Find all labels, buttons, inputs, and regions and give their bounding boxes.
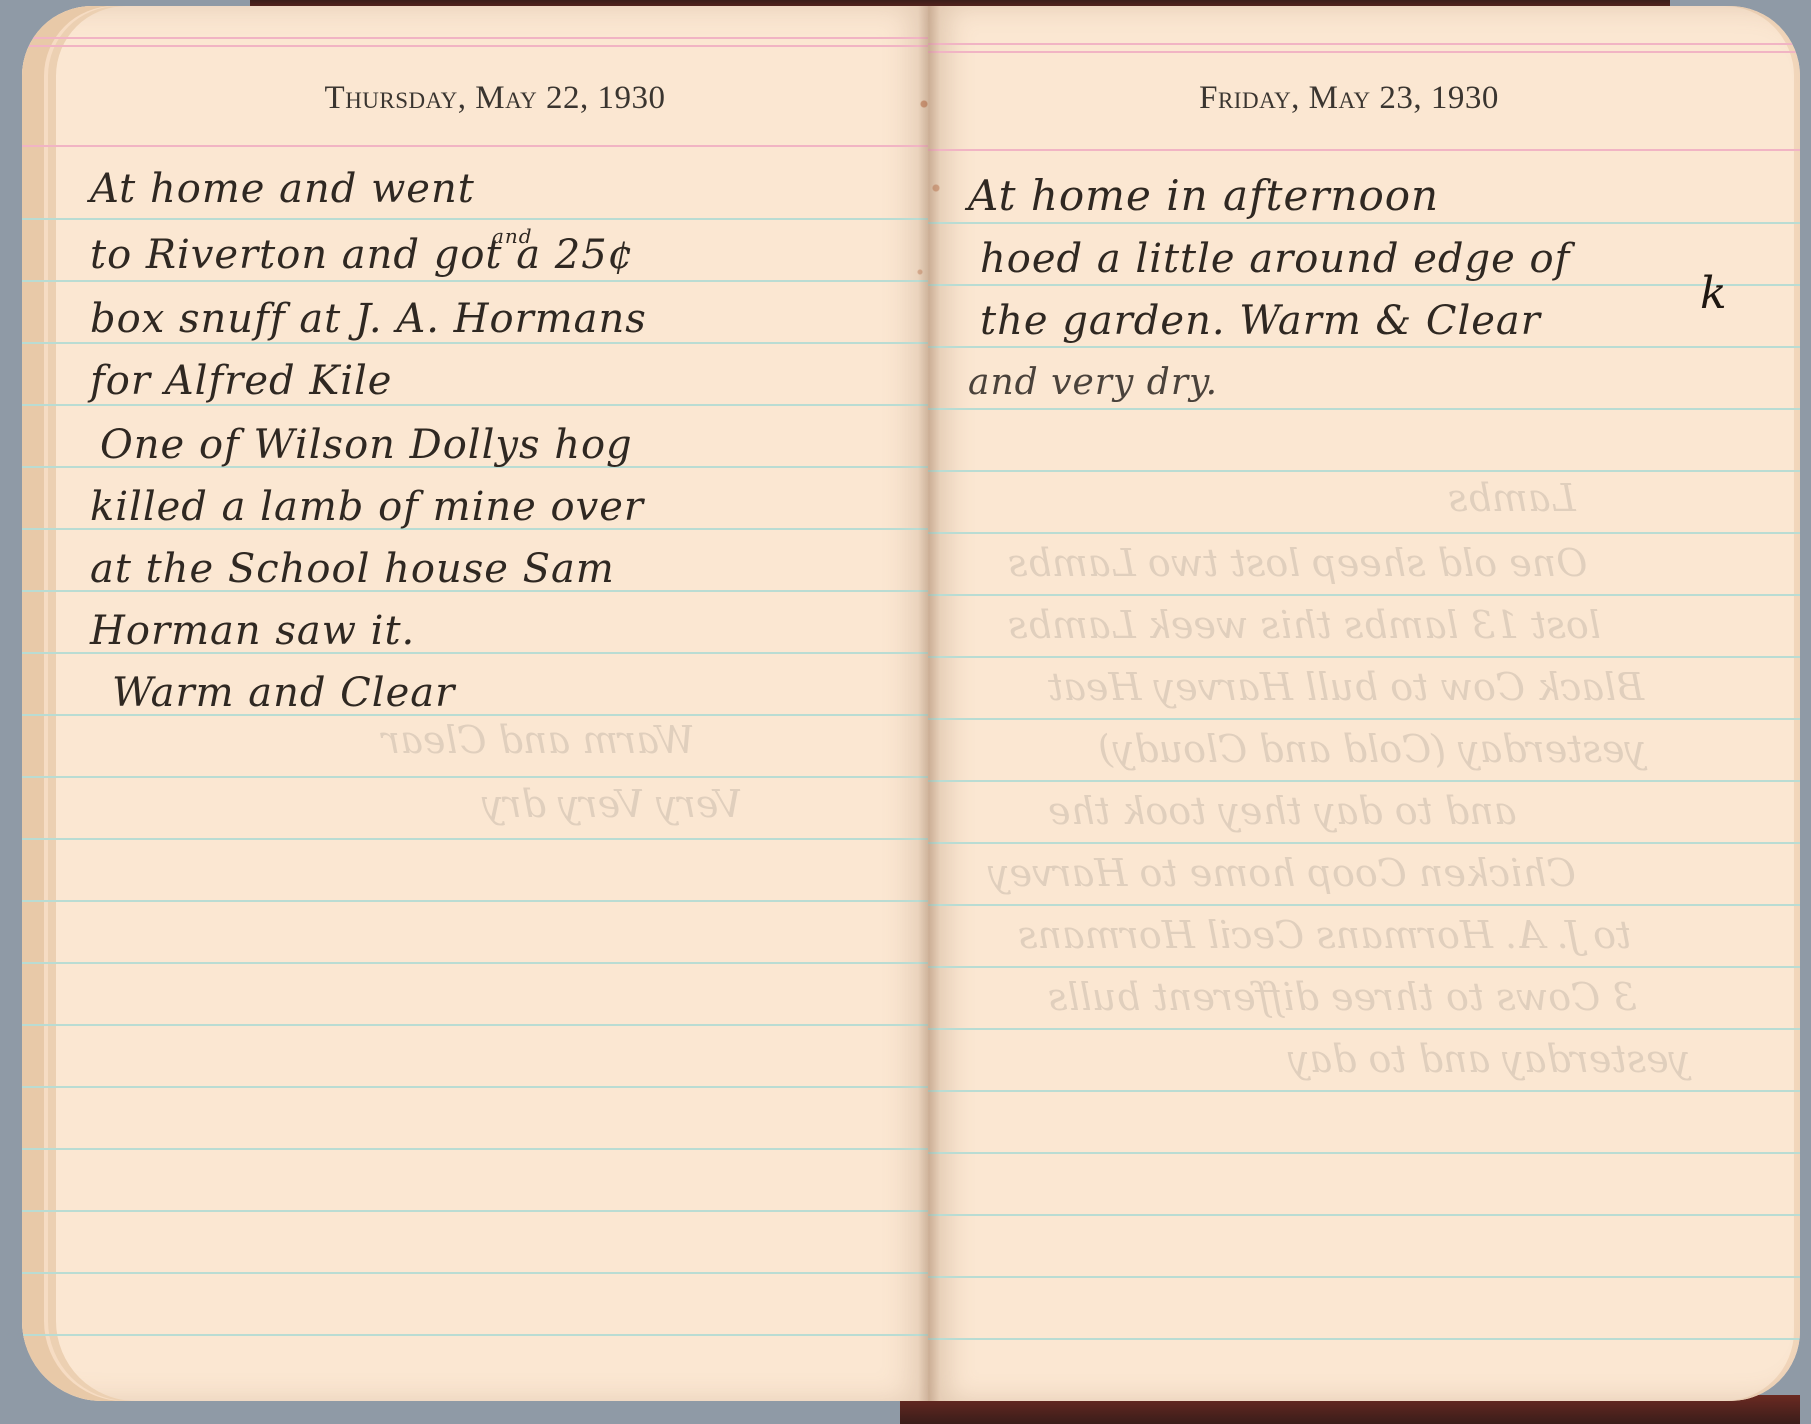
- foxing-stains: [912, 20, 952, 440]
- ruled-line: [22, 218, 928, 220]
- bleed-through-text: yesterday (Cold and Cloudy): [1098, 727, 1646, 771]
- handwritten-line: for Alfred Kile: [90, 358, 392, 404]
- ruled-line: [928, 656, 1800, 658]
- ruled-line: [928, 1028, 1800, 1030]
- ruled-line: [928, 284, 1800, 286]
- handwritten-line: and very dry.: [968, 362, 1218, 403]
- ruled-line: [22, 342, 928, 344]
- pink-rule-top-2: [22, 45, 928, 47]
- handwritten-line: Warm and Clear: [112, 670, 455, 716]
- bleed-through-text: and to day they took the: [1048, 789, 1516, 833]
- ruled-line: [928, 1152, 1800, 1154]
- diary-page-right: Friday, May 23, 1930 Lambs One old sheep…: [928, 6, 1800, 1401]
- ruled-line: [928, 1090, 1800, 1092]
- ruled-line: [22, 1148, 928, 1150]
- bleed-through-text: lost 13 lambs this week Lambs: [1008, 603, 1601, 647]
- handwritten-line: One of Wilson Dollys hog: [100, 422, 633, 468]
- pink-rule-top-1: [22, 37, 928, 39]
- handwritten-line: Horman saw it.: [90, 608, 415, 654]
- ruled-line: [928, 222, 1800, 224]
- ruled-line: [22, 962, 928, 964]
- ruled-line: [928, 718, 1800, 720]
- handwritten-line: At home in afternoon: [968, 171, 1439, 220]
- handwritten-line: killed a lamb of mine over: [90, 484, 644, 530]
- ruled-line: [928, 346, 1800, 348]
- pink-rule-header: [22, 145, 928, 147]
- handwritten-margin-mark: k: [1700, 268, 1728, 319]
- ruled-line: [22, 280, 928, 282]
- ruled-line: [928, 1214, 1800, 1216]
- bleed-through-text: Warm and Clear: [382, 718, 695, 762]
- handwritten-line: At home and went: [90, 166, 475, 212]
- ruled-line: [22, 404, 928, 406]
- ruled-line: [22, 1272, 928, 1274]
- ruled-line: [22, 1086, 928, 1088]
- ruled-line: [22, 1334, 928, 1336]
- pink-rule-top-2: [928, 51, 1800, 53]
- pink-rule-header: [928, 149, 1800, 151]
- ruled-line: [928, 532, 1800, 534]
- ruled-line: [928, 904, 1800, 906]
- bleed-through-text: Lambs: [1448, 476, 1576, 520]
- ruled-line: [928, 594, 1800, 596]
- ruled-line: [928, 470, 1800, 472]
- ruled-line: [22, 776, 928, 778]
- handwritten-line: the garden. Warm & Clear: [980, 298, 1541, 344]
- handwritten-line: hoed a little around edge of: [980, 236, 1570, 282]
- ruled-line: [22, 1024, 928, 1026]
- bleed-through-text: One old sheep lost two Lambs: [1008, 541, 1587, 585]
- ruled-line: [22, 900, 928, 902]
- diary-page-left: Thursday, May 22, 1930 Warm and Clear Ve…: [22, 6, 928, 1401]
- ruled-line: [928, 408, 1800, 410]
- ruled-line: [928, 842, 1800, 844]
- bleed-through-text: yesterday and to day: [1288, 1037, 1690, 1081]
- bleed-through-text: Very Very dry: [482, 782, 742, 826]
- page-date-header-right: Friday, May 23, 1930: [928, 80, 1800, 117]
- handwritten-line: at the School house Sam: [90, 546, 615, 592]
- handwritten-line: box snuff at J. A. Hormans: [90, 296, 647, 342]
- ruled-line: [928, 1338, 1800, 1340]
- handwritten-line: to Riverton and got a 25¢: [90, 232, 634, 278]
- bleed-through-text: to J. A. Hormans Cecil Hormans: [1018, 913, 1631, 957]
- ruled-line: [22, 838, 928, 840]
- bleed-through-text: Chicken Coop home to Harvey: [988, 851, 1576, 895]
- bleed-through-text: 3 Cows to three different bulls: [1048, 975, 1636, 1019]
- page-date-header-left: Thursday, May 22, 1930: [22, 80, 928, 117]
- ruled-line: [928, 1276, 1800, 1278]
- ruled-line: [928, 780, 1800, 782]
- ruled-line: [928, 966, 1800, 968]
- bleed-through-text: Black Cow to bull Harvey Heat: [1048, 665, 1644, 709]
- pink-rule-top-1: [928, 43, 1800, 45]
- ruled-line: [22, 1210, 928, 1212]
